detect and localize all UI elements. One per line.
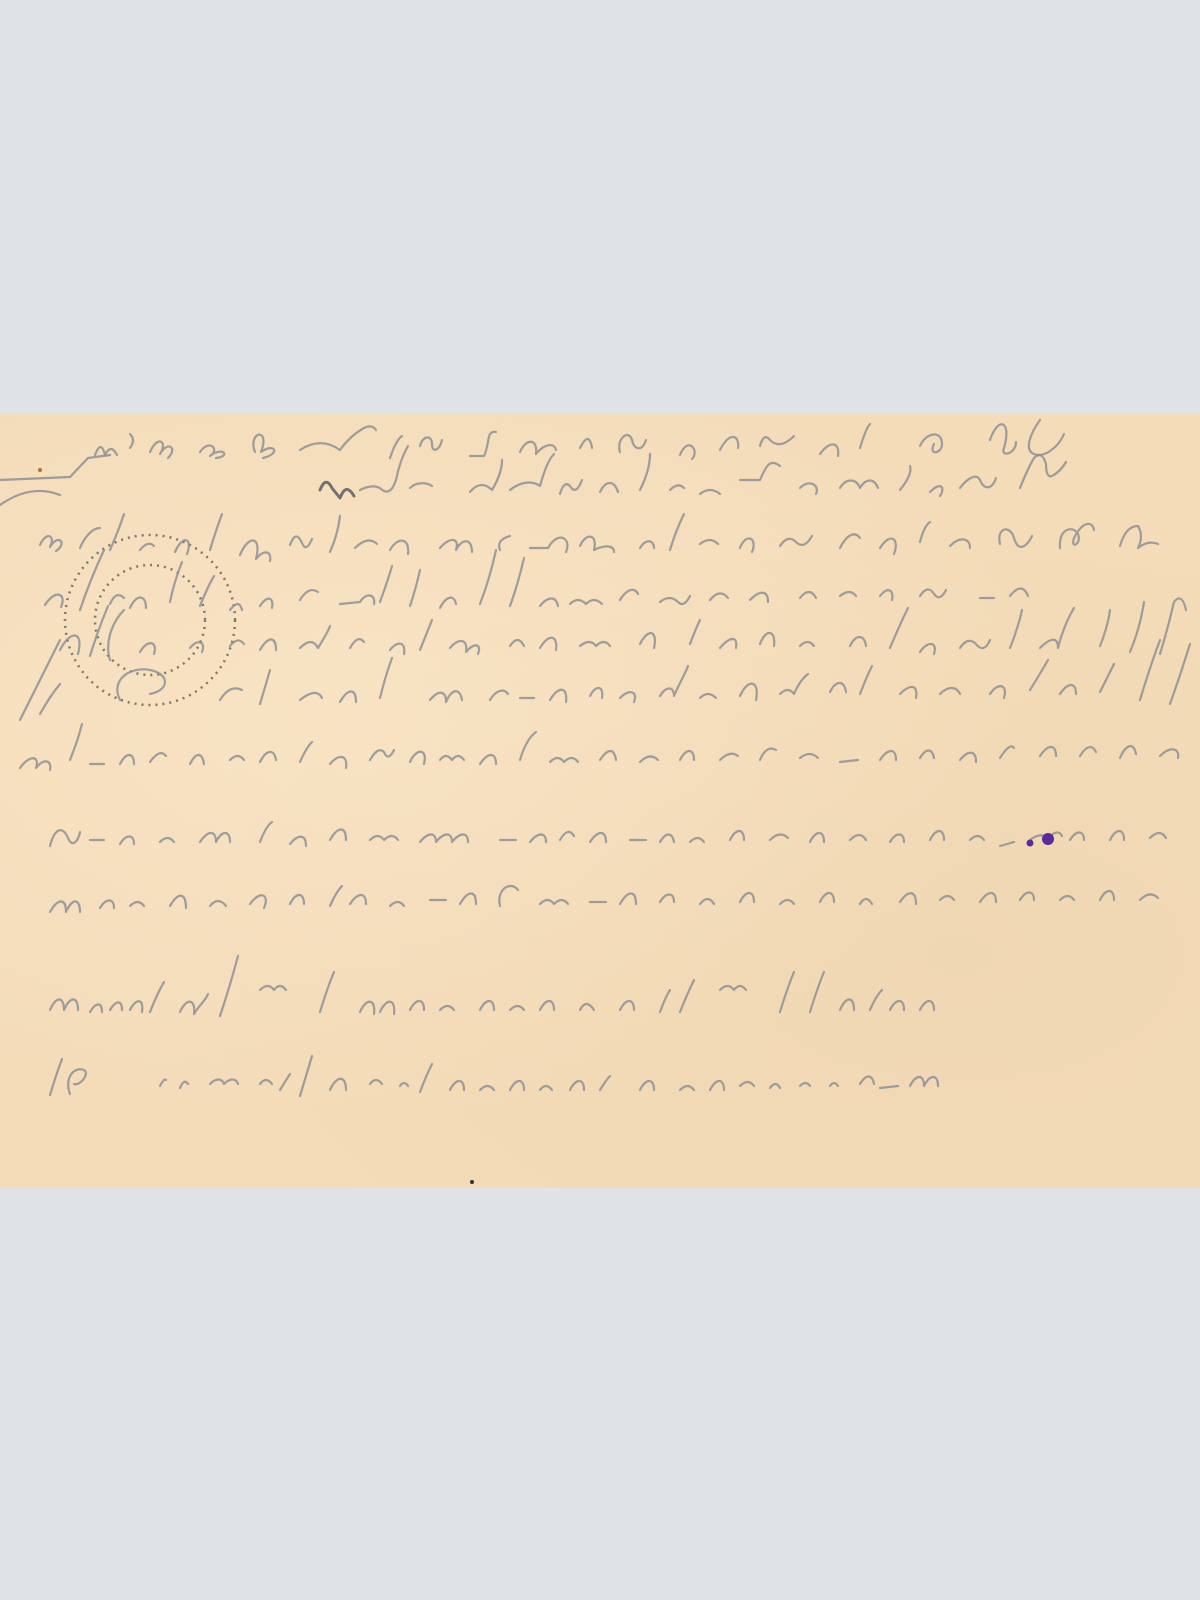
purple-ink-dot: [1042, 833, 1054, 845]
handwritten-line-4: [45, 550, 1028, 610]
handwritten-line-5: [60, 598, 1186, 660]
stain-speck: [38, 468, 42, 472]
postmark-icon: [65, 535, 235, 705]
handwritten-line-9: [50, 886, 1158, 912]
handwritten-line-6: [20, 640, 1190, 720]
postcard: Photograph of the back of an old postcar…: [0, 413, 1200, 1188]
handwritten-line-3: [40, 514, 1158, 561]
graphite-speck: [470, 1180, 474, 1184]
handwritten-line-1: [0, 420, 1064, 480]
handwritten-line-8: [50, 822, 1166, 847]
handwriting-layer: [0, 413, 1200, 1188]
handwritten-line-11: [50, 1056, 938, 1096]
purple-ink-dot-small: [1027, 840, 1034, 847]
handwritten-line-10: [50, 956, 934, 1016]
handwritten-line-7: [20, 724, 1178, 770]
